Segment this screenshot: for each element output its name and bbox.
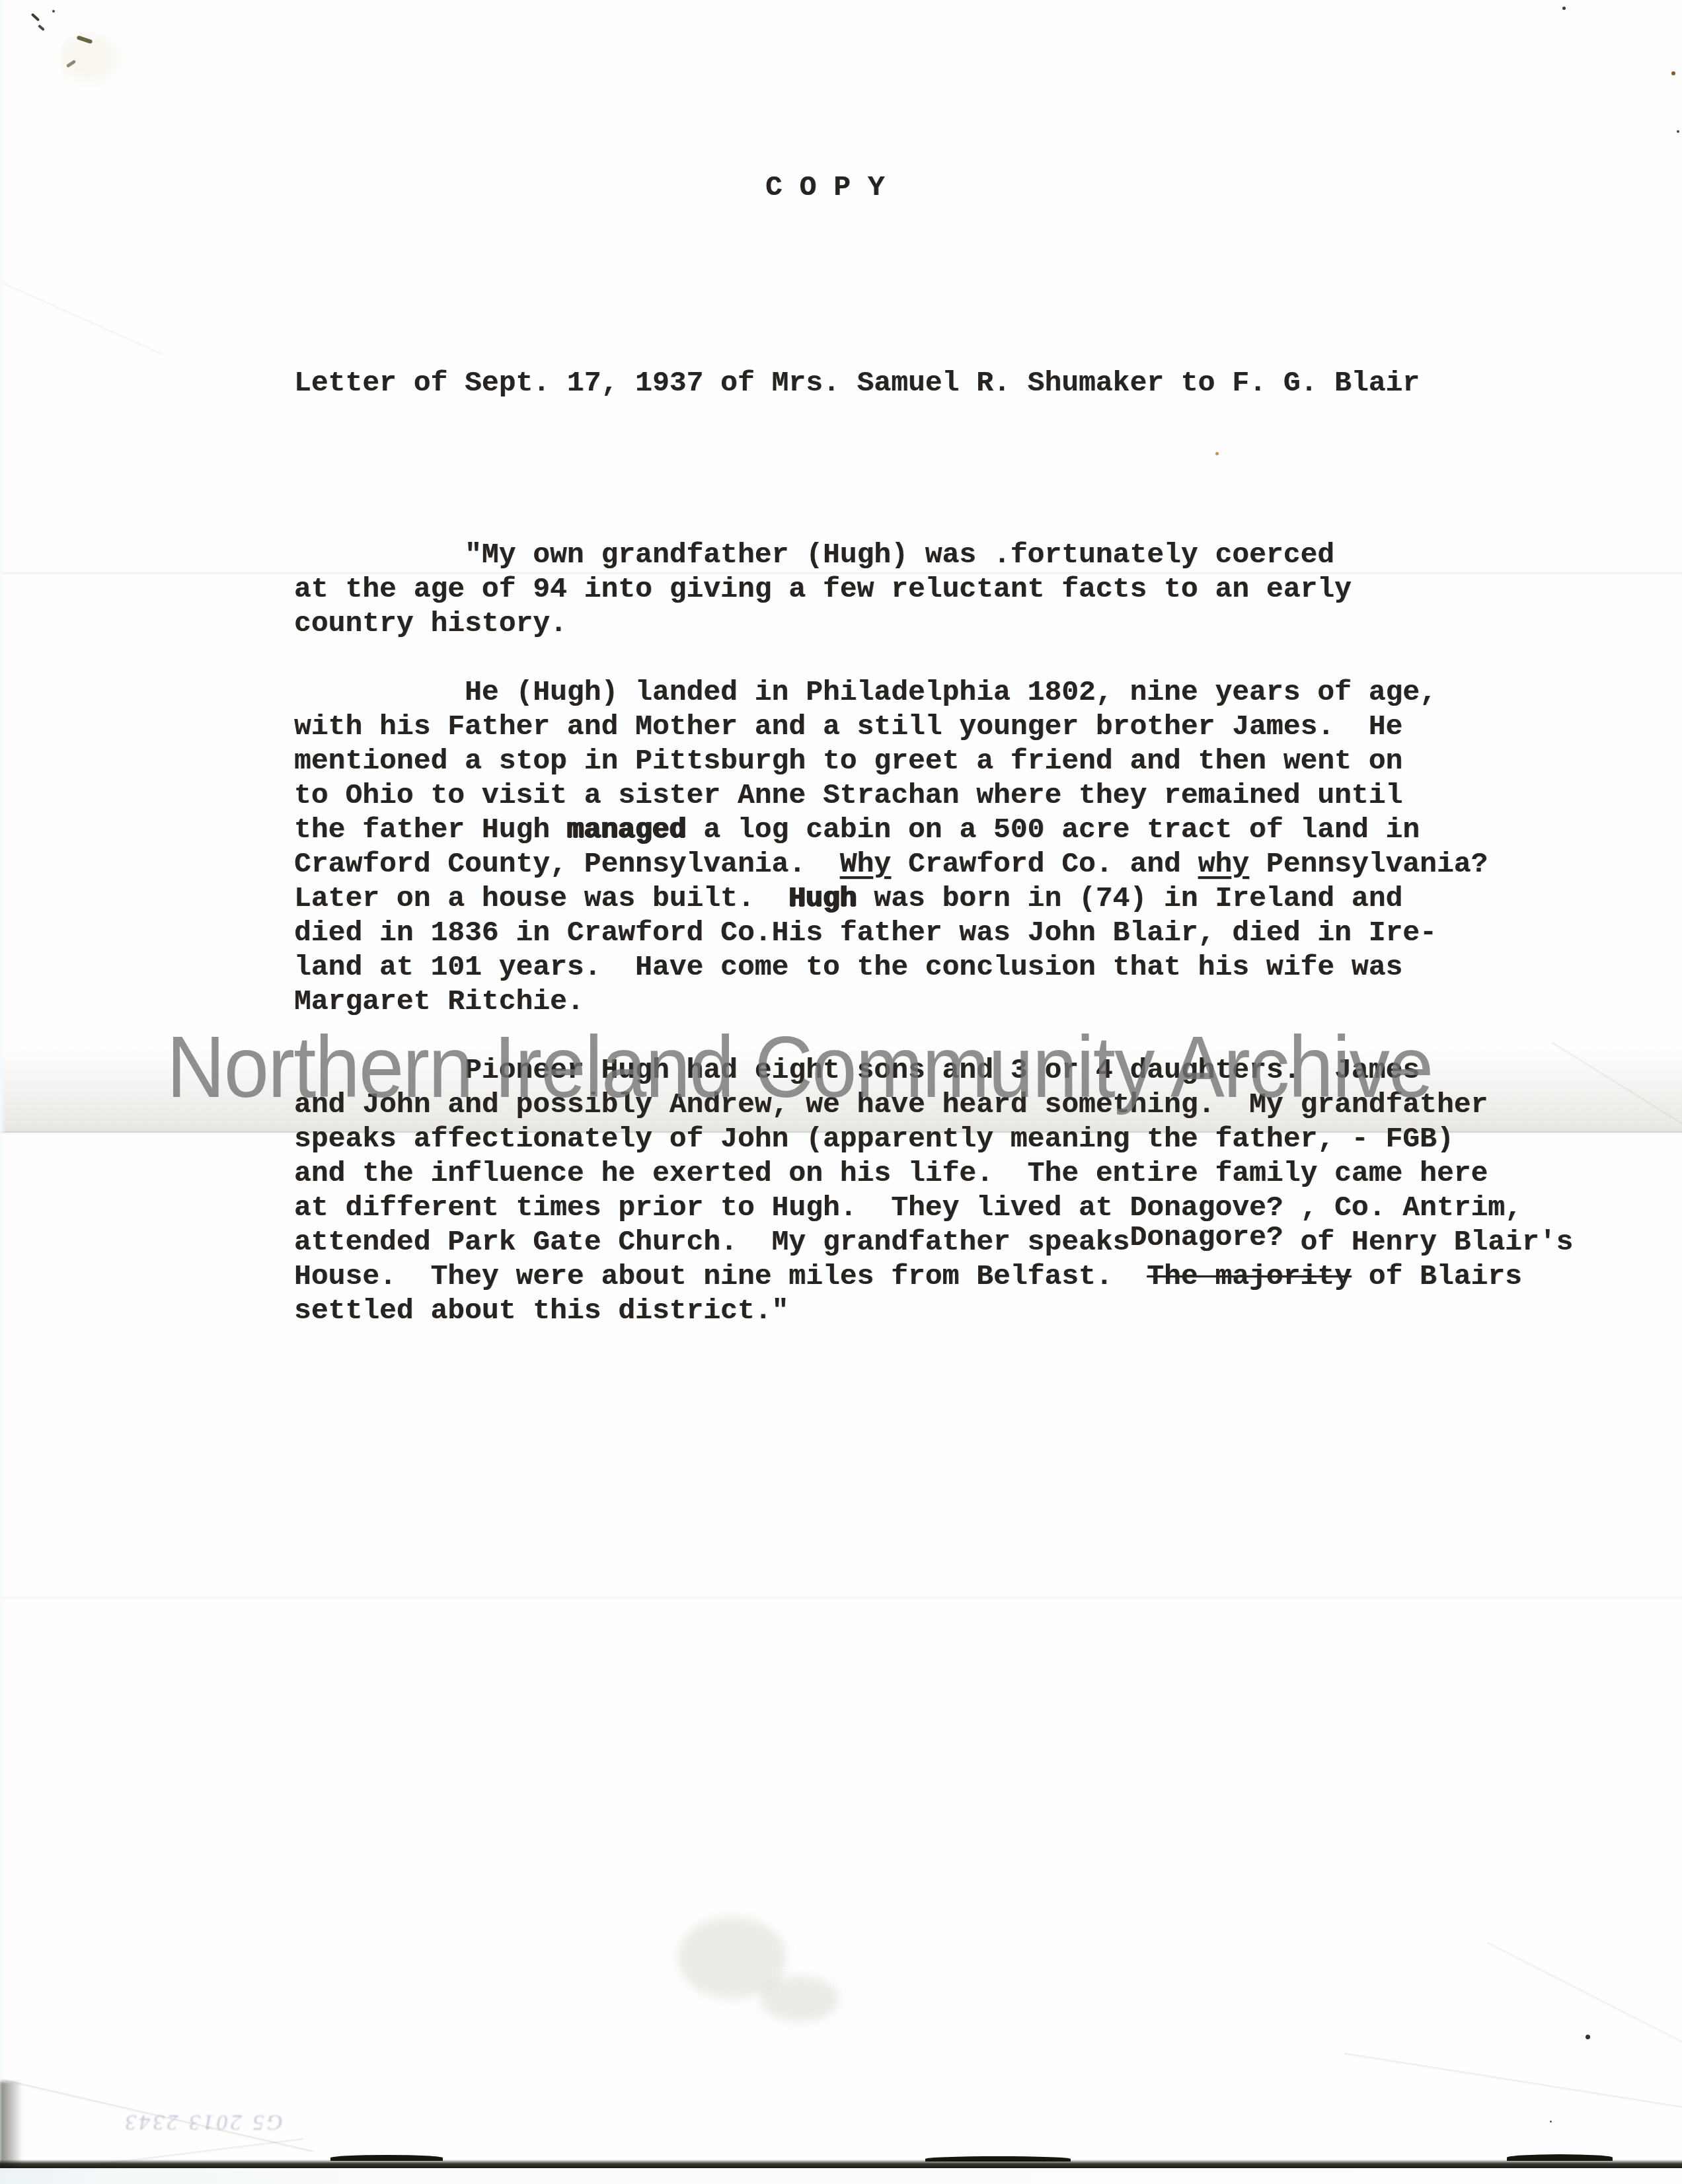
typed-line: speaks affectionately of John (apparentl…: [294, 1122, 1573, 1156]
typed-segment: of Blairs: [1352, 1260, 1522, 1293]
reverse-inscription: G5 2013 2343: [118, 2109, 283, 2134]
ink-speck: [52, 10, 55, 13]
ink-speck: [1550, 2121, 1552, 2123]
typed-segment: and the influence he exerted on his life…: [294, 1157, 1488, 1189]
typed-line: with his Father and Mother and a still y…: [294, 710, 1573, 744]
typed-segment: "My own grandfather (Hugh) was .fortunat…: [294, 539, 1334, 571]
typed-segment-u: Why: [840, 848, 891, 880]
typed-segment: Later on a house was built.: [294, 882, 788, 915]
typed-segment: settled about this district.": [294, 1295, 788, 1327]
typed-segment-ov: Hugh: [788, 882, 857, 915]
typed-segment: Margaret Ritchie.: [294, 985, 584, 1018]
typed-segment: a log cabin on a 500 acre tract of land …: [687, 813, 1420, 846]
typed-segment: House. They were about nine miles from B…: [294, 1260, 1147, 1293]
typed-line: He (Hugh) landed in Philadelphia 1802, n…: [294, 675, 1573, 710]
paper-crease: [1344, 2052, 1682, 2113]
typed-segment: was born in (74) in Ireland and: [857, 882, 1403, 915]
paragraph-2: He (Hugh) landed in Philadelphia 1802, n…: [294, 675, 1573, 1019]
rust-speck: [1671, 71, 1675, 75]
archive-watermark: Northern Ireland Community Archive: [167, 1024, 1432, 1111]
paper-bottom-edge: [0, 2160, 1682, 2169]
typed-segment: Pennsylvania?: [1249, 848, 1488, 880]
typed-line: to Ohio to visit a sister Anne Strachan …: [294, 778, 1573, 813]
edge-nick: [38, 24, 45, 31]
title-line: Letter of Sept. 17, 1937 of Mrs. Samuel …: [294, 366, 1573, 400]
typed-segment-x: The majority: [1147, 1260, 1352, 1293]
typed-line: House. They were about nine miles from B…: [294, 1260, 1573, 1294]
typed-segment: at the age of 94 into giving a few reluc…: [294, 573, 1352, 605]
paper-edge-bump: [330, 2155, 443, 2161]
typed-line: and the influence he exerted on his life…: [294, 1156, 1573, 1191]
typed-line: attended Park Gate Church. My grandfathe…: [294, 1225, 1573, 1260]
typed-segment: attended Park Gate Church. My grandfathe…: [294, 1226, 1129, 1258]
paper-crease: [20, 2138, 303, 2175]
ink-speck: [1586, 2035, 1590, 2039]
typed-line: died in 1836 in Crawford Co.His father w…: [294, 916, 1573, 950]
tear-fleck: [66, 59, 76, 68]
letter-body: Letter of Sept. 17, 1937 of Mrs. Samuel …: [294, 297, 1573, 1328]
typed-line: mentioned a stop in Pittsburgh to greet …: [294, 744, 1573, 778]
scanner-background: [0, 2168, 1682, 2184]
typed-segment: Crawford Co. and: [891, 848, 1198, 880]
paper-crease: [1486, 1941, 1682, 2052]
typed-segment: of Henry Blair's: [1283, 1226, 1574, 1258]
typed-segment: Crawford County, Pennsylvania.: [294, 848, 840, 880]
typed-segment: country history.: [294, 607, 567, 640]
ink-speck: [1677, 130, 1679, 133]
typed-segment: speaks affectionately of John (apparentl…: [294, 1123, 1454, 1155]
typed-segment-ov: managed: [567, 813, 687, 846]
typed-segment: with his Father and Mother and a still y…: [294, 710, 1402, 743]
paper-crease: [0, 1597, 1682, 1600]
typed-segment: mentioned a stop in Pittsburgh to greet …: [294, 745, 1402, 777]
paper-edge-bump: [925, 2156, 1071, 2162]
stain: [677, 1916, 786, 1999]
scanned-letter-page: C O P Y Letter of Sept. 17, 1937 of Mrs.…: [0, 0, 1682, 2184]
typed-line: Margaret Ritchie.: [294, 985, 1573, 1019]
edge-nick: [31, 13, 40, 21]
typed-segment: to Ohio to visit a sister Anne Strachan …: [294, 779, 1402, 811]
typed-line: the father Hugh managed a log cabin on a…: [294, 813, 1573, 847]
paper-edge-bump: [1507, 2154, 1613, 2161]
typed-line: country history.: [294, 607, 1573, 641]
typed-segment: at different times prior to Hugh. They l…: [294, 1191, 1522, 1224]
typed-segment: the father Hugh: [294, 813, 567, 846]
paragraph-1: "My own grandfather (Hugh) was .fortunat…: [294, 538, 1573, 641]
typed-segment-u: why: [1198, 848, 1249, 880]
typed-segment-ins: Donagore?: [1129, 1221, 1283, 1254]
typed-line: at different times prior to Hugh. They l…: [294, 1191, 1573, 1225]
corner-shadow: [0, 2082, 22, 2169]
paper-crease: [0, 268, 163, 356]
typed-line: Later on a house was built. Hugh was bor…: [294, 882, 1573, 916]
typed-segment: He (Hugh) landed in Philadelphia 1802, n…: [294, 676, 1437, 708]
ink-speck: [1562, 7, 1566, 10]
typed-line: at the age of 94 into giving a few reluc…: [294, 572, 1573, 607]
scan-edge-left: [0, 0, 5, 2184]
tear-fleck: [77, 35, 93, 44]
typed-line: Crawford County, Pennsylvania. Why Crawf…: [294, 847, 1573, 882]
typed-segment: died in 1836 in Crawford Co.His father w…: [294, 917, 1437, 949]
typed-line: land at 101 years. Have come to the conc…: [294, 950, 1573, 985]
copy-label: C O P Y: [765, 170, 885, 205]
typed-segment: land at 101 years. Have come to the conc…: [294, 951, 1402, 983]
typed-line: "My own grandfather (Hugh) was .fortunat…: [294, 538, 1573, 572]
stain: [760, 1976, 839, 2022]
typed-line: settled about this district.": [294, 1294, 1573, 1328]
paper-tear: [59, 32, 123, 87]
